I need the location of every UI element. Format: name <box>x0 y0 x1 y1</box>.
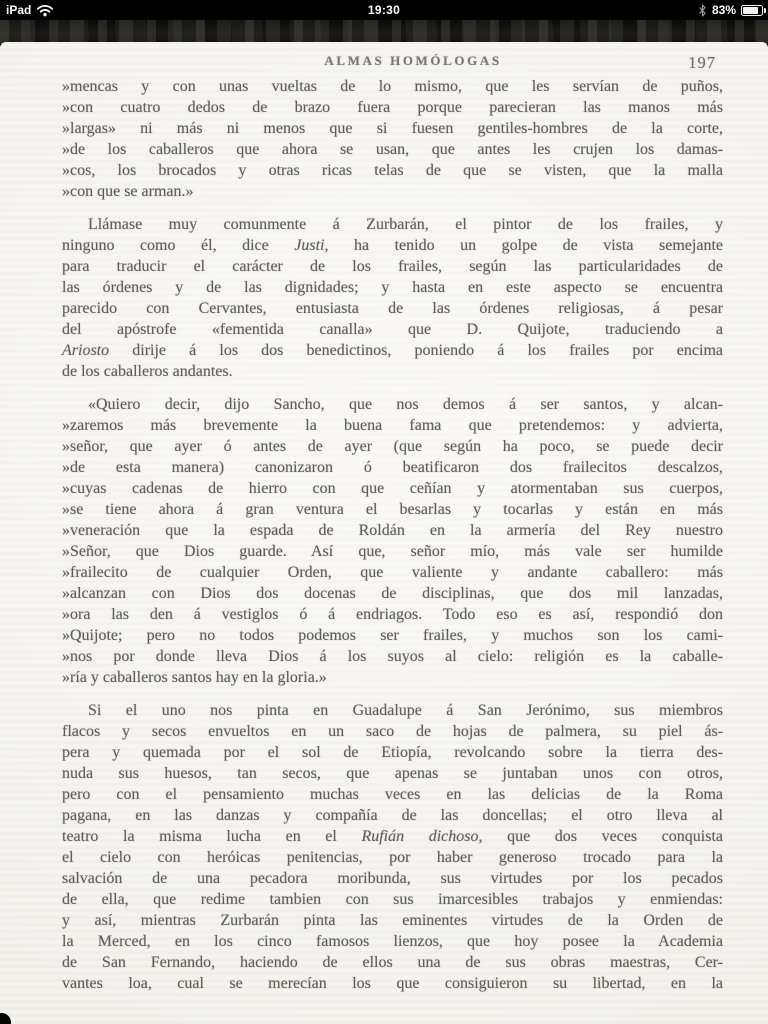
text-line: «Quiero decir, dijo Sancho, que nos demo… <box>62 394 723 415</box>
text-line: pero con el pensamiento muchas veces en … <box>62 784 723 805</box>
status-bar-right: 83% <box>698 0 763 20</box>
status-bar: iPad 19:30 83% <box>0 0 768 20</box>
text-line: teatro la misma lucha en el Rufián dicho… <box>62 826 723 847</box>
text-line: de los caballeros andantes. <box>62 361 723 382</box>
bluetooth-icon <box>698 4 707 17</box>
text-line: »nos por donde lleva Dios á los suyos al… <box>62 646 723 667</box>
scan-top-edge <box>0 20 768 44</box>
text-line: »de los caballeros que ahora se usan, qu… <box>62 139 723 160</box>
text-line: parecido con Cervantes, entusiasta de la… <box>62 298 723 319</box>
battery-fill <box>743 7 758 14</box>
paragraph: «Quiero decir, dijo Sancho, que nos demo… <box>62 394 723 688</box>
text-line: Llámase muy comunmente á Zurbarán, el pi… <box>62 214 723 235</box>
paragraph: »mencas y con unas vueltas de lo mismo, … <box>62 76 723 202</box>
text-line: flacos y secos envueltos en un saco de h… <box>62 721 723 742</box>
page-number: 197 <box>688 53 716 73</box>
text-line: »ora las den á vestiglos ó á endriagos. … <box>62 604 723 625</box>
clock: 19:30 <box>368 3 400 17</box>
text-line: »Quijote; pero no todos podemos ser frai… <box>62 625 723 646</box>
text-line: »alcanzan con Dios dos docenas de discip… <box>62 583 723 604</box>
text-line: nuda sus huesos, tan secos, que apenas s… <box>62 763 723 784</box>
text-line: del apóstrofe «fementida canalla» que D.… <box>62 319 723 340</box>
scan-corner-artifact <box>0 1013 11 1024</box>
text-line: ninguno como él, dice Justi, ha tenido u… <box>62 235 723 256</box>
text-line: pagana, en las danzas y compañía de las … <box>62 805 723 826</box>
text-line: de ella, que redime tambien con sus imar… <box>62 889 723 910</box>
text-line: de San Fernando, haciendo de ellos una d… <box>62 952 723 973</box>
battery-icon <box>741 5 763 16</box>
text-line: vantes loa, cual se merecían los que con… <box>62 973 723 994</box>
text-line: pera y quemada por el sol de Etiopía, re… <box>62 742 723 763</box>
text-line: »señor, que ayer ó antes de ayer (que se… <box>62 436 723 457</box>
text-line: »mencas y con unas vueltas de lo mismo, … <box>62 76 723 97</box>
text-line: »cos, los brocados y otras ricas telas d… <box>62 160 723 181</box>
book-page[interactable]: ALMAS HOMÓLOGAS 197 »mencas y con unas v… <box>0 42 768 1024</box>
page-header: ALMAS HOMÓLOGAS 197 <box>0 53 768 75</box>
text-line: »Señor, que Dios guarde. Así que, señor … <box>62 541 723 562</box>
text-line: para traducir el carácter de los frailes… <box>62 256 723 277</box>
text-line: »veneración que la espada de Roldán en l… <box>62 520 723 541</box>
text-line: »con que se arman.» <box>62 181 723 202</box>
text-line: »ría y caballeros santos hay en la glori… <box>62 667 723 688</box>
text-line: »zaremos más brevemente la buena fama qu… <box>62 415 723 436</box>
running-title: ALMAS HOMÓLOGAS <box>0 53 768 69</box>
text-line: »con cuatro dedos de brazo fuera porque … <box>62 97 723 118</box>
text-line: Si el uno nos pinta en Guadalupe á San J… <box>62 700 723 721</box>
text-line: salvación de una pecadora moribunda, sus… <box>62 868 723 889</box>
text-line: »largas» ni más ni menos que si fuesen g… <box>62 118 723 139</box>
text-line: »frailecito de cualquier Orden, que vali… <box>62 562 723 583</box>
text-line: »cuyas cadenas de hierro con que ceñían … <box>62 478 723 499</box>
ipad-screen: iPad 19:30 83% <box>0 0 768 1024</box>
page-body: »mencas y con unas vueltas de lo mismo, … <box>62 76 723 1006</box>
paragraph: Llámase muy comunmente á Zurbarán, el pi… <box>62 214 723 382</box>
battery-percent: 83% <box>712 3 736 17</box>
text-line: y así, mientras Zurbarán pinta las emine… <box>62 910 723 931</box>
text-line: la Merced, en los cinco famosos lienzos,… <box>62 931 723 952</box>
text-line: las órdenes y de las dignidades; y hasta… <box>62 277 723 298</box>
text-line: »de esta manera) canonizaron ó beatifica… <box>62 457 723 478</box>
paragraph: Si el uno nos pinta en Guadalupe á San J… <box>62 700 723 994</box>
status-bar-center: 19:30 <box>0 0 768 20</box>
text-line: el cielo con heróicas penitencias, por h… <box>62 847 723 868</box>
text-line: Ariosto dirije á los dos benedictinos, p… <box>62 340 723 361</box>
text-line: »se tiene ahora á gran ventura el besarl… <box>62 499 723 520</box>
